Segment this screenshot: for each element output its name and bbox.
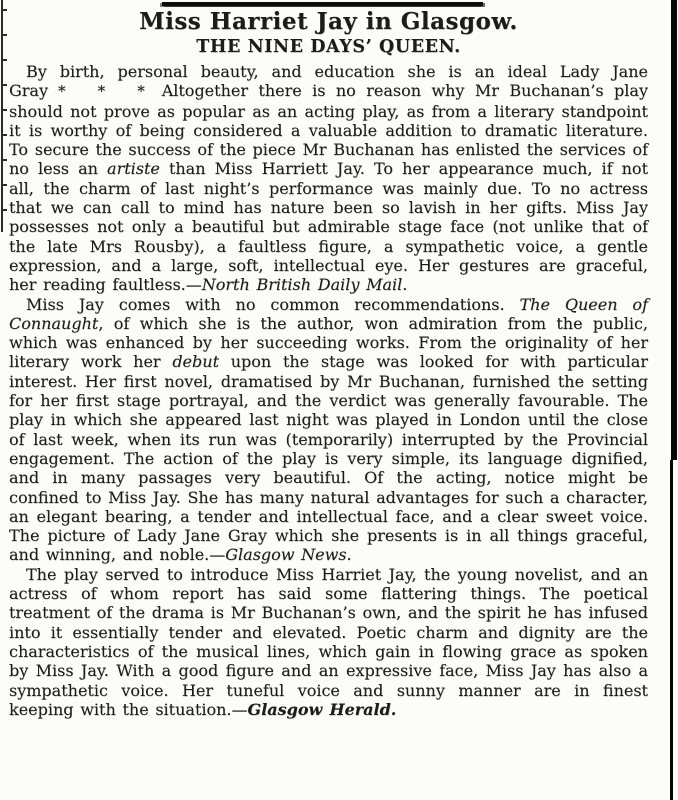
italic-word-debut: debut <box>172 352 219 371</box>
column-rule-tick <box>1 134 7 136</box>
column-rule-tick <box>1 184 7 186</box>
headline-top-rule <box>162 2 483 6</box>
asterisk-separator: * * * <box>48 82 162 100</box>
paragraph-text: upon the stage was looked for with parti… <box>9 352 648 564</box>
page-edge-line <box>670 460 673 800</box>
source-citation-north-british-daily-mail: North British Daily Mail. <box>202 275 408 294</box>
column-rule-tick <box>1 34 7 36</box>
article-paragraph-glasgow-herald: The play served to introduce Miss Harrie… <box>9 565 648 719</box>
source-citation-glasgow-herald: Glasgow Herald. <box>248 700 397 719</box>
column-rule-tick <box>1 109 7 111</box>
paragraph-text: The play served to introduce Miss Harrie… <box>9 565 648 719</box>
source-citation-glasgow-news: Glasgow News. <box>225 545 351 564</box>
column-rule-tick <box>1 209 7 211</box>
article-subtitle: THE NINE DAYS’ QUEEN. <box>9 37 648 57</box>
paragraph-text: Miss Jay comes with no common recommenda… <box>26 295 520 314</box>
italic-word-artiste: artiste <box>107 159 160 178</box>
article-column: Miss Harriet Jay in Glasgow. THE NINE DA… <box>9 8 648 719</box>
column-rule-tick <box>1 9 7 11</box>
article-paragraph-glasgow-news: Miss Jay comes with no common recommenda… <box>9 295 648 565</box>
paragraph-text: than Miss Harriett Jay. To her appearanc… <box>9 159 648 294</box>
column-rule-tick <box>1 159 7 161</box>
article-title: Miss Harriet Jay in Glasgow. <box>9 8 648 35</box>
page-edge-line <box>671 0 677 460</box>
newspaper-page: Miss Harriet Jay in Glasgow. THE NINE DA… <box>0 0 678 800</box>
column-rule-tick <box>1 59 7 61</box>
article-paragraph-north-british-daily-mail: By birth, personal beauty, and education… <box>9 62 648 295</box>
column-rule-tick <box>1 84 7 86</box>
